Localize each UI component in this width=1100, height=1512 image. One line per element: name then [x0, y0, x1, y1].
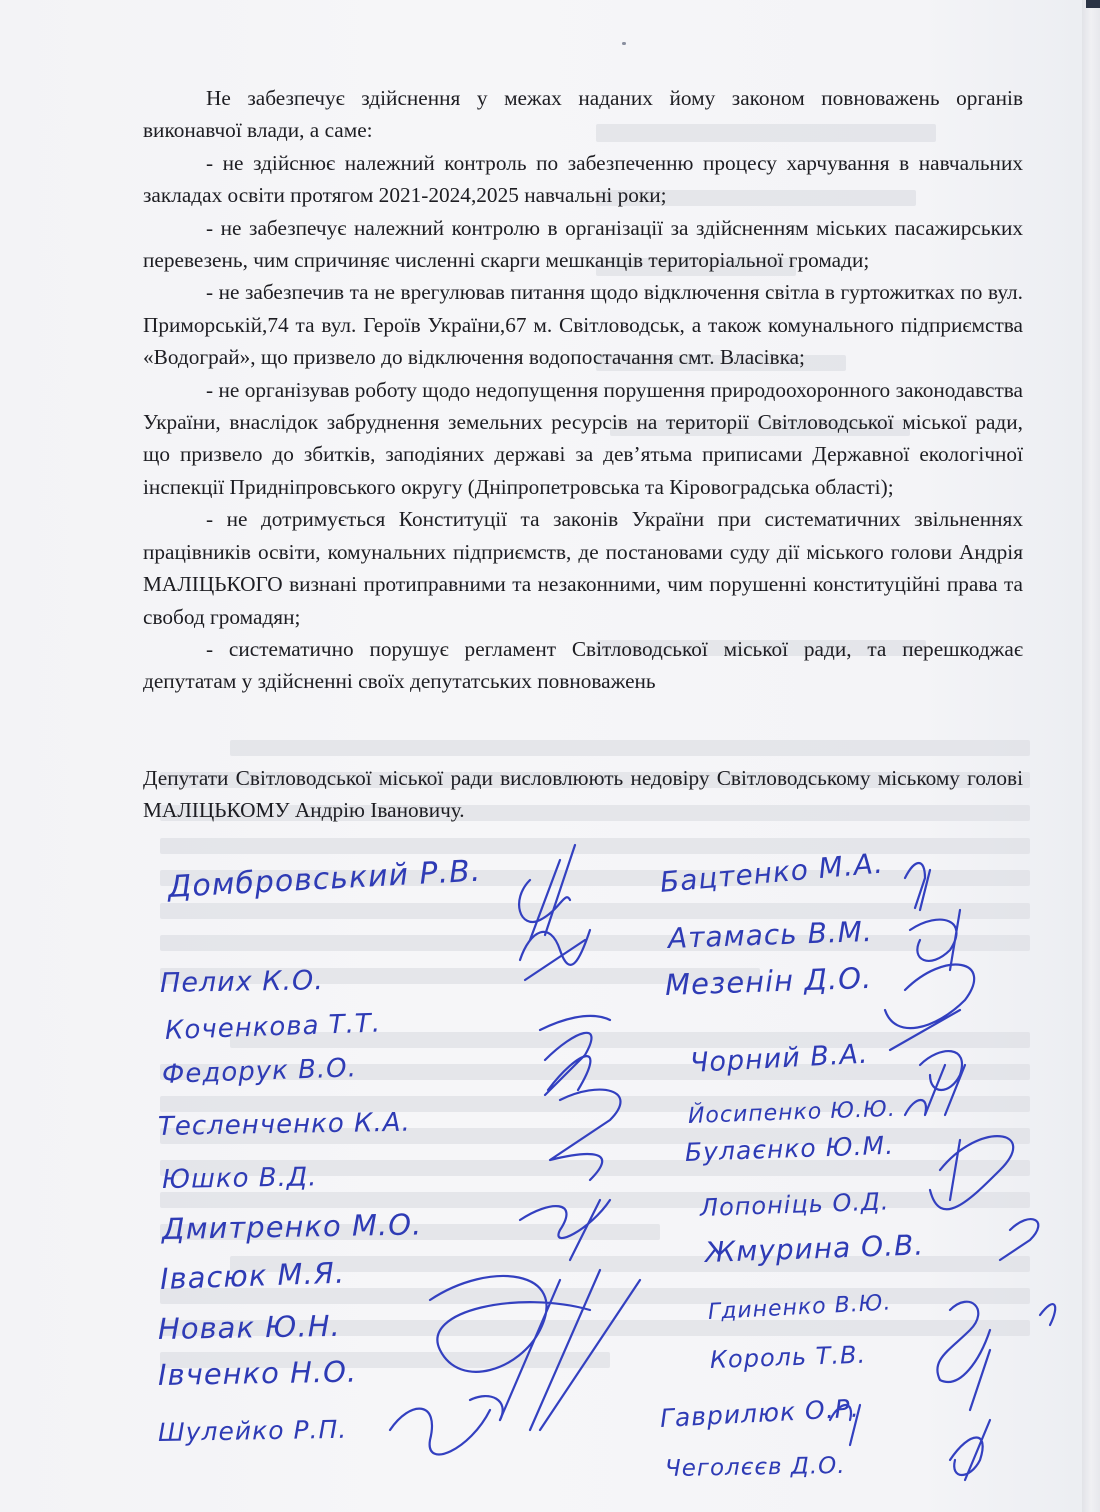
document-page: Не забезпечує здійснення у межах наданих…	[0, 0, 1082, 1512]
scan-corner	[1086, 0, 1100, 8]
signature-scribbles	[0, 0, 1100, 1512]
page-edge	[1082, 0, 1100, 1512]
